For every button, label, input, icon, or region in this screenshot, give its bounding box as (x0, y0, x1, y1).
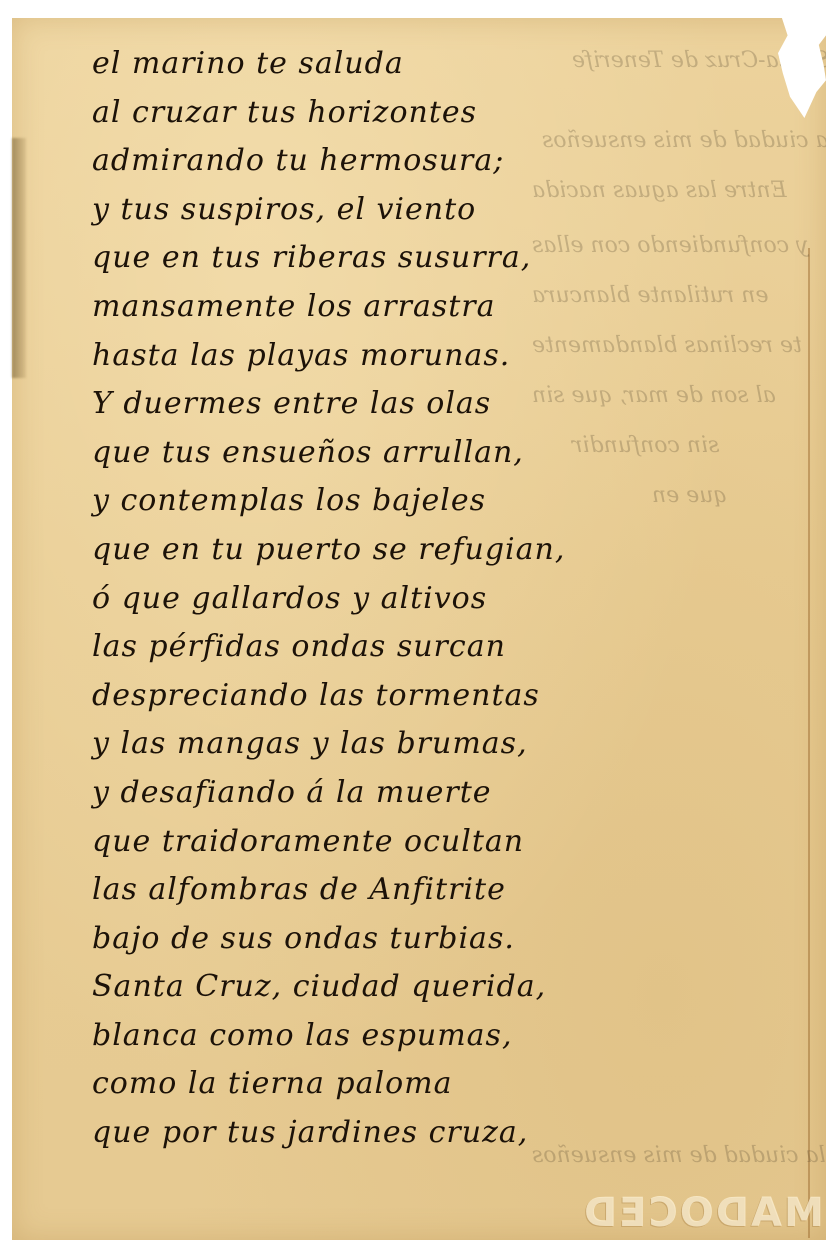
poem-line: Santa Cruz, ciudad querida, (92, 963, 565, 1012)
poem-line: ó que gallardos y altivos (92, 575, 565, 624)
poem-line: que en tus riberas susurra, (92, 234, 565, 283)
bleed-through-text: Bella ciudad de mis ensueños (542, 128, 826, 153)
bleed-through-text: Entre las aguas nacida (532, 178, 787, 203)
poem-line: mansamente los arrastra (92, 283, 565, 332)
poem-line: admirando tu hermosura; (92, 137, 565, 186)
poem-line: bajo de sus ondas turbias. (92, 915, 565, 964)
poem-line: como la tierna paloma (92, 1060, 565, 1109)
poem-line: que traidoramente ocultan (92, 818, 565, 867)
poem-line: blanca como las espumas, (92, 1012, 565, 1061)
poem-line: despreciando las tormentas (92, 672, 565, 721)
poem-line: hasta las playas morunas. (92, 332, 565, 381)
poem-line: que por tus jardines cruza, (92, 1109, 565, 1158)
bleed-through-text: Bella ciudad de mis ensueños (532, 1143, 826, 1168)
embossed-stamp: MADOCED (582, 1190, 824, 1236)
poem-line: y contemplas los bajeles (92, 477, 565, 526)
poem-line: el marino te saluda (92, 40, 565, 89)
bleed-through-text: en rutilante blancura (532, 283, 768, 308)
bleed-through-text: y confundiendo con ellas (532, 233, 809, 258)
bleed-through-text: al son de mar, que sin (532, 383, 776, 408)
poem-line: que en tu puerto se refugian, (92, 526, 565, 575)
poem-line: las alfombras de Anfitrite (92, 866, 565, 915)
bleed-through-text: te reclinas blandamente (532, 333, 802, 358)
bleed-through-text: que en (652, 483, 727, 508)
poem-line: las pérfidas ondas surcan (92, 623, 565, 672)
poem-line: que tus ensueños arrullan, (92, 429, 565, 478)
water-stain (12, 138, 26, 378)
poem-line: Y duermes entre las olas (92, 380, 565, 429)
poem-line: al cruzar tus horizontes (92, 89, 565, 138)
bleed-through-text: sin confundir (572, 433, 719, 458)
poem-line: y las mangas y las brumas, (92, 720, 565, 769)
poem-text: el marino te saluda al cruzar tus horizo… (92, 40, 565, 1158)
poem-line: y tus suspiros, el viento (92, 186, 565, 235)
poem-line: y desafiando á la muerte (92, 769, 565, 818)
page-fold-line (808, 248, 810, 1238)
